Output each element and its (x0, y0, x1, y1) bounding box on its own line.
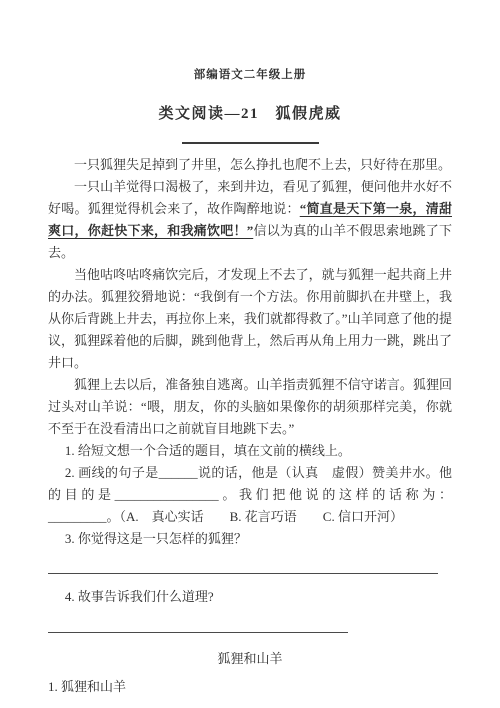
question-list: 1. 给短文想一个合适的题目，填在文前的横线上。 2. 画线的句子是______… (48, 440, 452, 633)
question-3: 3. 你觉得这是一只怎样的狐狸？ (48, 528, 452, 550)
question-1: 1. 给短文想一个合适的题目，填在文前的横线上。 (48, 440, 452, 462)
reading-passage: 一只狐狸失足掉到了井里，怎么挣扎也爬不上去，只好待在那里。 一只山羊觉得口渴极了… (48, 154, 452, 440)
answer-blank-line-2 (48, 632, 348, 633)
page-header: 部编语文二年级上册 (48, 66, 452, 82)
page-title: 类文阅读—21 狐假虎威 (48, 102, 452, 123)
passage-paragraph-3: 当他咕咚咕咚痛饮完后，才发现上不去了，就与狐狸一起共商上井的办法。狐狸狡猾地说：… (48, 264, 452, 374)
answer-blank-line-1 (48, 573, 438, 574)
answers-section: 狐狸和山羊 1. 狐狸和山羊 (48, 648, 452, 698)
passage-paragraph-1: 一只狐狸失足掉到了井里，怎么挣扎也爬不上去，只好待在那里。 (48, 154, 452, 176)
passage-paragraph-2: 一只山羊觉得口渴极了，来到井边，看见了狐狸，便问他井水好不好喝。狐狸觉得机会来了… (48, 176, 452, 264)
title-blank-line (182, 142, 319, 144)
answers-section-title: 狐狸和山羊 (48, 648, 452, 670)
question-2: 2. 画线的句子是______说的话，他是（认真 虚假）赞美井水。他的目的是__… (48, 462, 452, 528)
answer-item-1: 1. 狐狸和山羊 (48, 676, 452, 698)
question-4: 4. 故事告诉我们什么道理? (48, 586, 452, 608)
passage-paragraph-4: 狐狸上去以后，准备独自逃离。山羊指责狐狸不信守诺言。狐狸回过头对山羊说：“喂，朋… (48, 374, 452, 440)
worksheet-page: 部编语文二年级上册 类文阅读—21 狐假虎威 一只狐狸失足掉到了井里，怎么挣扎也… (0, 0, 500, 708)
